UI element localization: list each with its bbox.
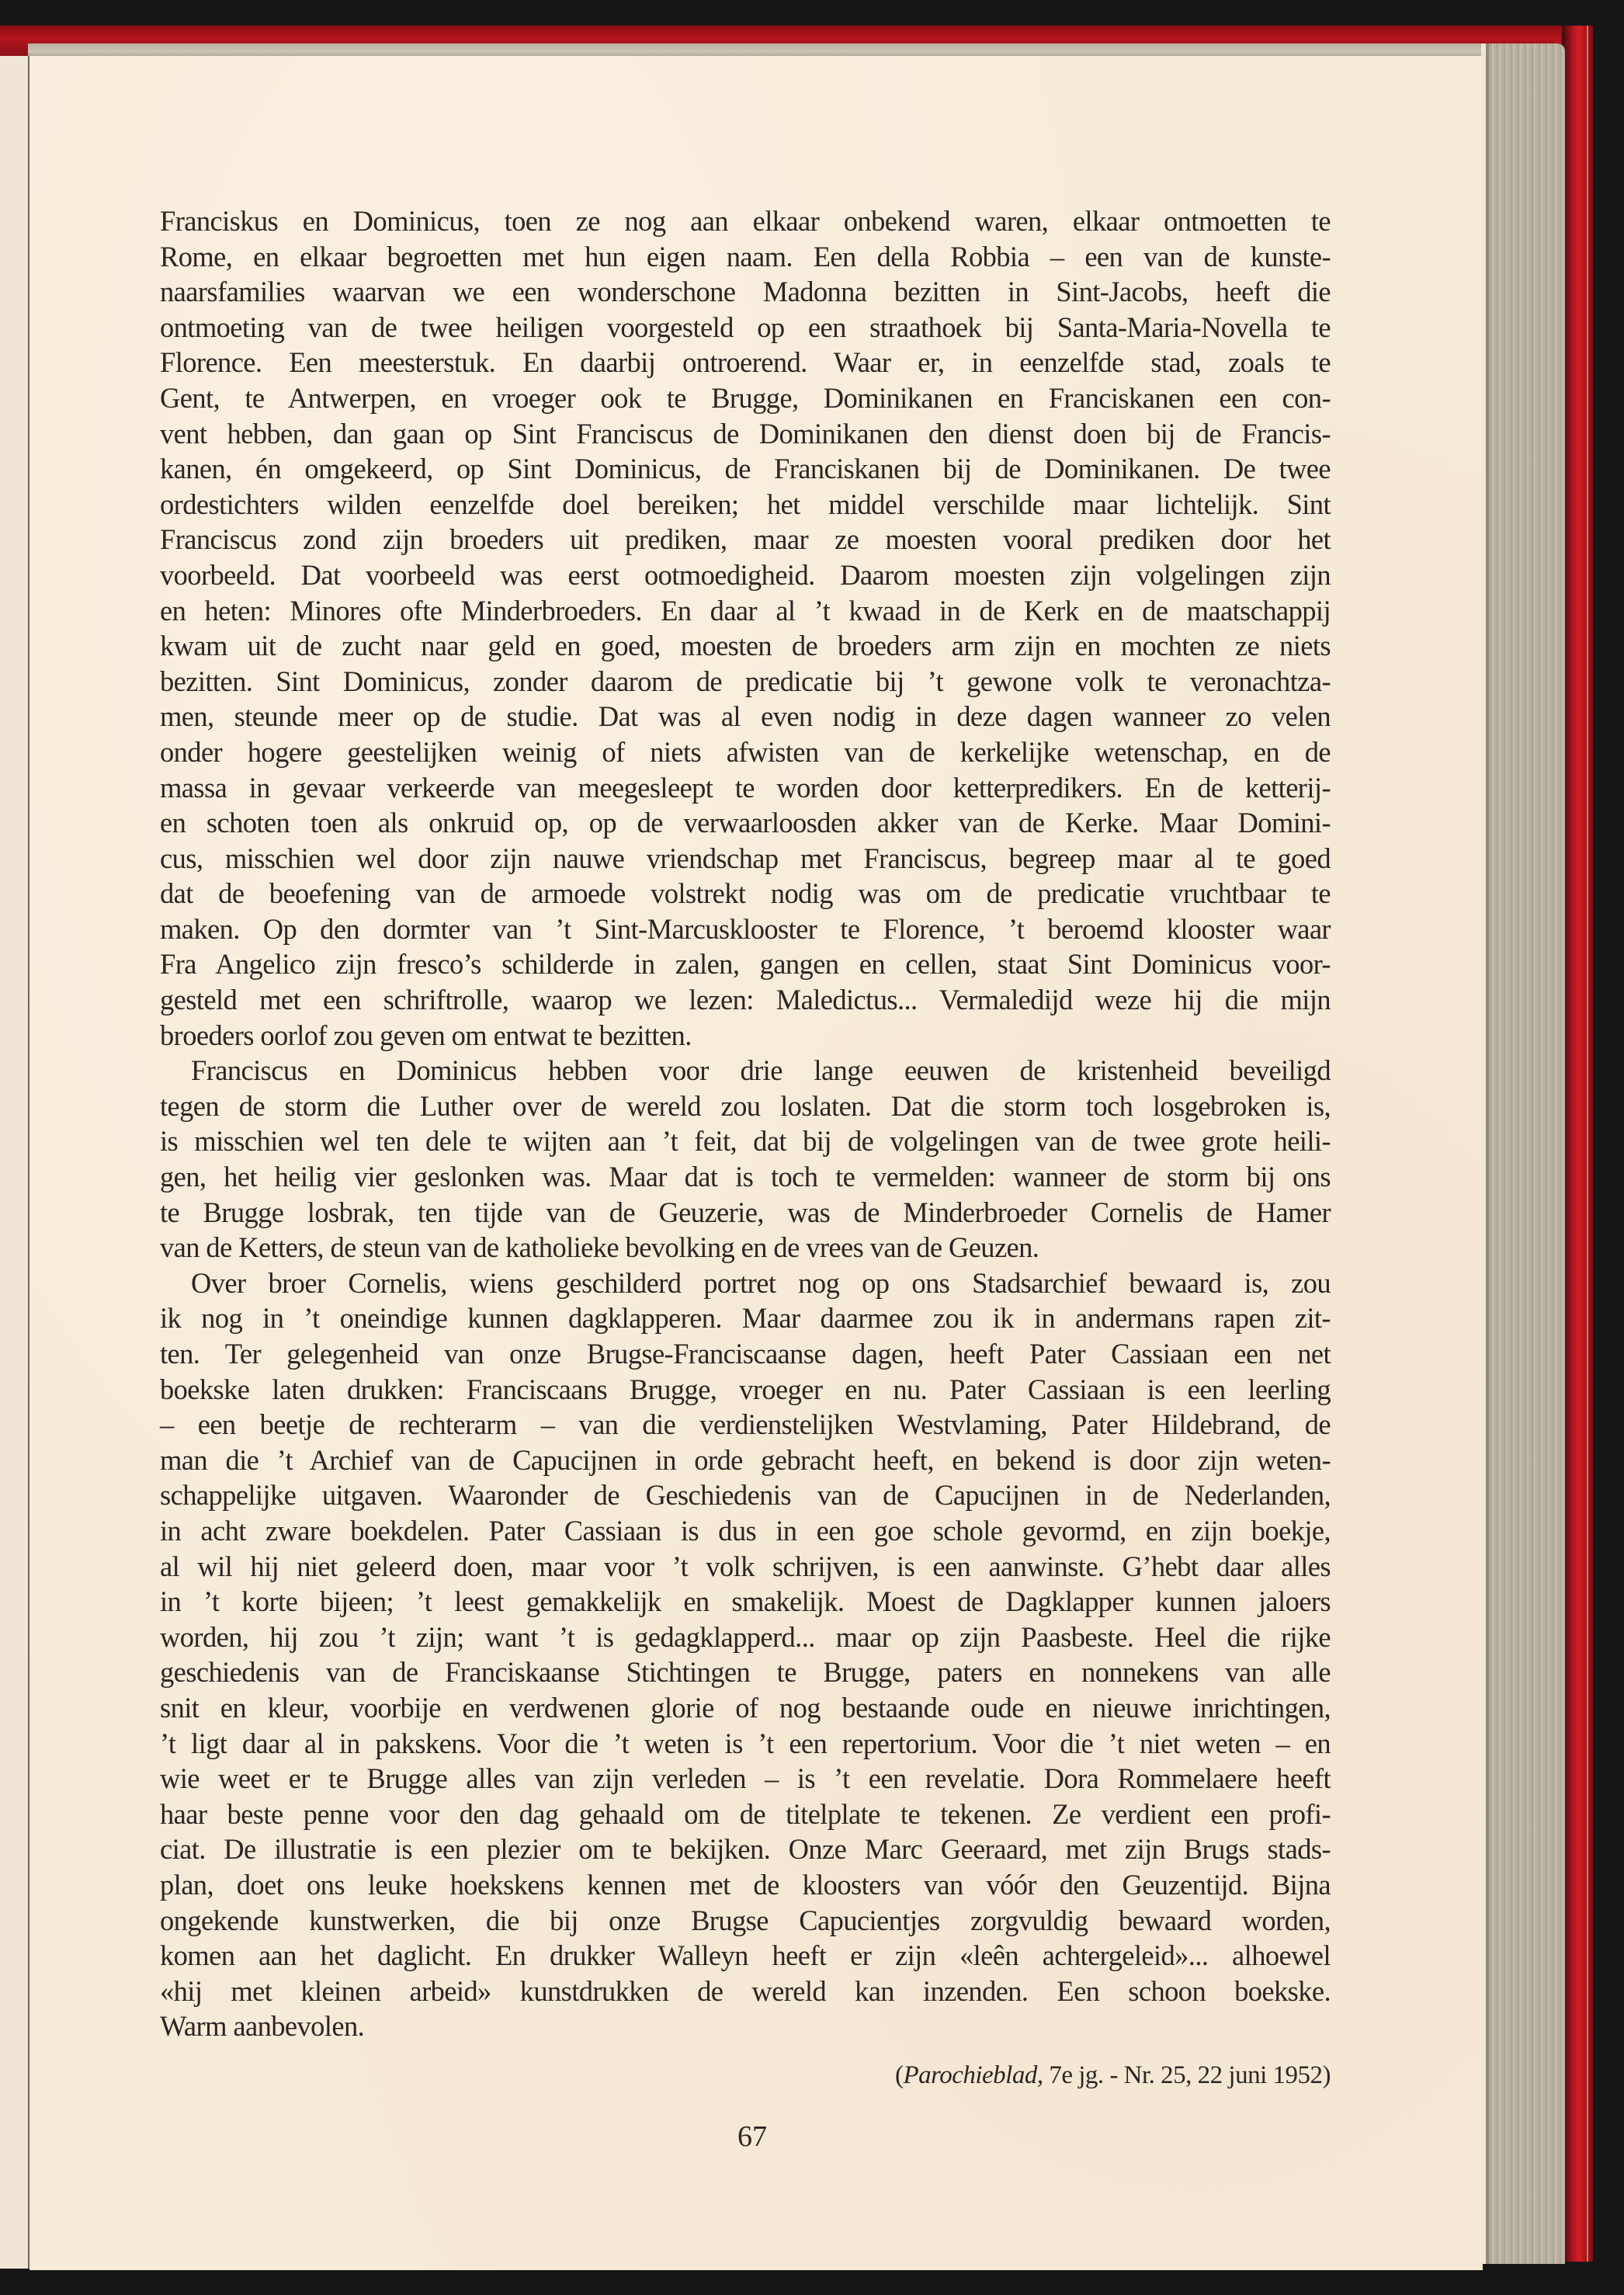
text-line: vent hebben, dan gaan op Sint Franciscus… [160,416,1331,452]
book-binding-right-edge [1562,26,1593,2262]
text-line: Rome, en elkaar begroetten met hun eigen… [160,239,1331,275]
paragraph: Franciscus en Dominicus hebben voor drie… [160,1053,1331,1266]
text-line: man die ’t Archief van de Capucijnen in … [160,1443,1331,1478]
text-line: kwam uit de zucht naar geld en goed, moe… [160,628,1331,664]
page-stack-side-edge [1481,43,1565,2264]
text-line: ten. Ter gelegenheid van onze Brugse-Fra… [160,1336,1331,1372]
citation-source: Parochieblad, [903,2061,1043,2089]
text-line: Florence. Een meesterstuk. En daarbij on… [160,345,1331,380]
text-line: naarsfamilies waarvan we een wonderschon… [160,274,1331,310]
book-page: Franciskus en Dominicus, toen ze nog aan… [29,56,1483,2270]
text-line: ciat. De illustratie is een plezier om t… [160,1831,1331,1867]
page-number: 67 [737,2120,767,2154]
text-line: worden, hij zou ’t zijn; want ’t is geda… [160,1620,1331,1655]
paragraph: Franciskus en Dominicus, toen ze nog aan… [160,203,1331,1053]
text-line: onder hogere geestelijken weinig of niet… [160,734,1331,770]
text-line: wie weet er te Brugge alles van zijn ver… [160,1761,1331,1797]
text-line: Franciskus en Dominicus, toen ze nog aan… [160,203,1331,239]
text-line: gesteld met een schriftrolle, waarop we … [160,982,1331,1018]
text-line: kanen, én omgekeerd, op Sint Dominicus, … [160,451,1331,487]
text-line: haar beste penne voor den dag gehaald om… [160,1797,1331,1832]
text-line: ordestichters wilden eenzelfde doel bere… [160,487,1331,523]
scanned-book-scene: Franciskus en Dominicus, toen ze nog aan… [0,0,1624,2295]
text-line: te Brugge losbrak, ten tijde van de Geuz… [160,1195,1331,1231]
text-line: bezitten. Sint Dominicus, zonder daarom … [160,664,1331,700]
citation-details: 7e jg. - Nr. 25, 22 juni 1952 [1043,2061,1323,2089]
text-line: Over broer Cornelis, wiens geschilderd p… [160,1266,1331,1301]
text-line: cus, misschien wel door zijn nauwe vrien… [160,841,1331,877]
paragraph: Over broer Cornelis, wiens geschilderd p… [160,1266,1331,2044]
text-line: Fra Angelico zijn fresco’s schilderde in… [160,946,1331,982]
text-line: Gent, te Antwerpen, en vroeger ook te Br… [160,380,1331,416]
text-line: – een beetje de rechterarm – van die ver… [160,1407,1331,1443]
text-line: men, steunde meer op de studie. Dat was … [160,699,1331,734]
text-line: broeders oorlof zou geven om entwat te b… [160,1018,1331,1054]
text-line: «hij met kleinen arbeid» kunstdrukken de… [160,1974,1331,2009]
text-line: in acht zware boekdelen. Pater Cassiaan … [160,1513,1331,1549]
text-line: ik nog in ’t oneindige kunnen dagklapper… [160,1300,1331,1336]
source-citation: (Parochieblad, 7e jg. - Nr. 25, 22 juni … [160,2061,1331,2090]
text-line: ontmoeting van de twee heiligen voorgest… [160,310,1331,345]
text-line: komen aan het daglicht. En drukker Walle… [160,1938,1331,1974]
text-line: Warm aanbevolen. [160,2009,1331,2044]
text-line: boekske laten drukken: Franciscaans Brug… [160,1372,1331,1408]
citation-open: ( [895,2061,904,2089]
text-line: ongekende kunstwerken, die bij onze Brug… [160,1903,1331,1939]
text-line: ’t ligt daar al in pakskens. Voor die ’t… [160,1726,1331,1762]
citation-close: ) [1323,2061,1331,2089]
text-line: is misschien wel ten dele te wijten aan … [160,1123,1331,1159]
text-line: voorbeeld. Dat voorbeeld was eerst ootmo… [160,557,1331,593]
text-line: en heten: Minores ofte Minderbroeders. E… [160,593,1331,629]
text-line: snit en kleur, voorbije en verdwenen glo… [160,1690,1331,1726]
text-line: van de Ketters, de steun van de katholie… [160,1230,1331,1266]
text-line: geschiedenis van de Franciskaanse Sticht… [160,1654,1331,1690]
text-line: dat de beoefening van de armoede volstre… [160,876,1331,911]
text-line: in ’t korte bijeen; ’t leest gemakkelijk… [160,1584,1331,1620]
facing-page-strip [0,56,29,2269]
text-line: tegen de storm die Luther over de wereld… [160,1088,1331,1124]
text-line: schappelijke uitgaven. Waaronder de Gesc… [160,1477,1331,1513]
body-text: Franciskus en Dominicus, toen ze nog aan… [160,203,1331,2044]
text-line: Franciscus en Dominicus hebben voor drie… [160,1053,1331,1088]
text-line: plan, doet ons leuke hoekskens kennen me… [160,1867,1331,1903]
text-line: Franciscus zond zijn broeders uit predik… [160,522,1331,557]
text-line: gen, het heilig vier geslonken was. Maar… [160,1159,1331,1195]
text-line: maken. Op den dormter van ’t Sint-Marcus… [160,911,1331,947]
text-line: en schoten toen als onkruid op, op de ve… [160,805,1331,841]
text-line: al wil hij niet geleerd doen, maar voor … [160,1549,1331,1585]
text-line: massa in gevaar verkeerde van meegesleep… [160,770,1331,806]
